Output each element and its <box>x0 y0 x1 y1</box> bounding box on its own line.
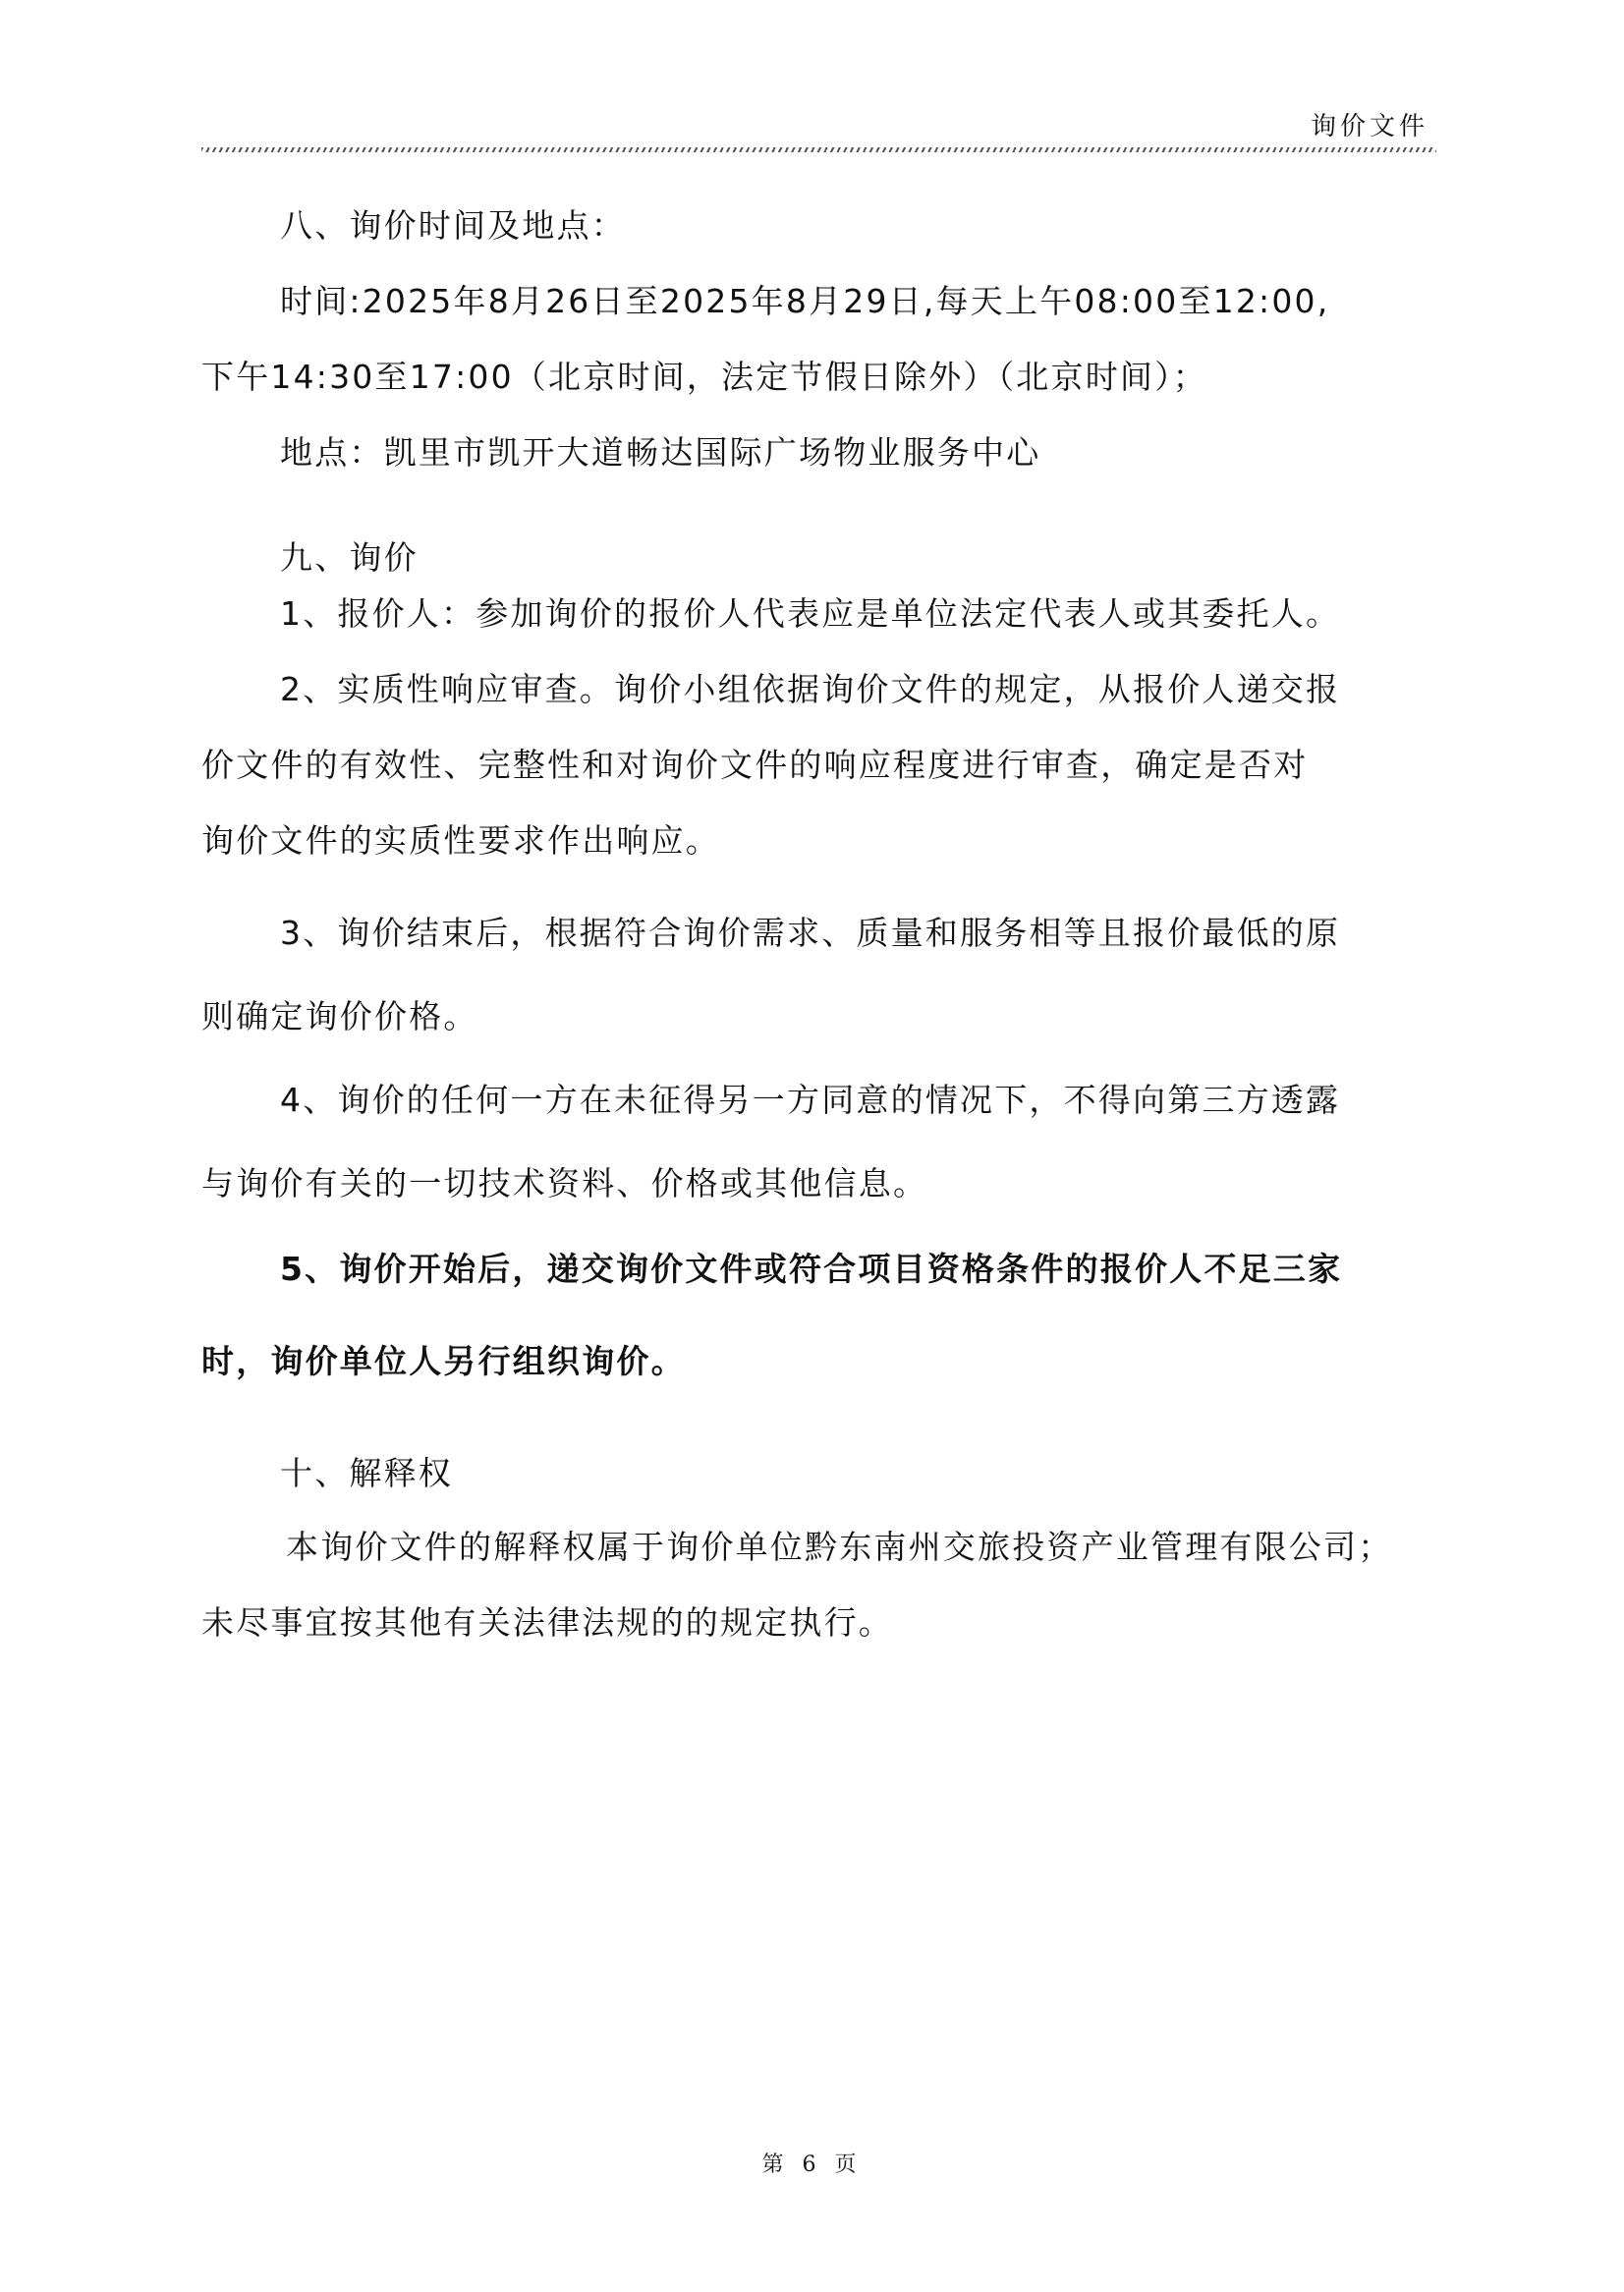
header-divider <box>201 147 1436 152</box>
section-8-heading: 八、询价时间及地点： <box>280 196 1518 255</box>
section-9-item-5-line-1: 5、询价开始后，递交询价文件或符合项目资格条件的报价人不足三家 <box>280 1240 1518 1299</box>
section-8-location: 地点：凯里市凯开大道畅达国际广场物业服务中心 <box>280 423 1518 482</box>
page-number: 第 6 页 <box>0 2148 1624 2178</box>
section-9-item-1: 1、报价人：参加询价的报价人代表应是单位法定代表人或其委托人。 <box>280 585 1518 643</box>
section-9-item-2-line-1: 2、实质性响应审查。询价小组依据询价文件的规定，从报价人递交报 <box>280 660 1518 719</box>
section-8-time-line-1: 时间:2025年8月26日至2025年8月29日,每天上午08:00至12:00… <box>280 272 1518 331</box>
section-8-time-line-2: 下午14:30至17:00（北京时间，法定节假日除外）（北京时间）； <box>201 348 1439 407</box>
section-9-item-5-line-2: 时，询价单位人另行组织询价。 <box>201 1332 1439 1391</box>
page-header-title: 询价文件 <box>1311 106 1428 142</box>
section-9-item-2-line-3: 询价文件的实质性要求作出响应。 <box>201 811 1439 870</box>
section-9-heading: 九、询价 <box>280 529 1518 587</box>
section-10-line-2: 未尽事宜按其他有关法律法规的的规定执行。 <box>201 1593 1439 1652</box>
section-9-item-3-line-1: 3、询价结束后，根据符合询价需求、质量和服务相等且报价最低的原 <box>280 904 1518 963</box>
section-9-item-4-line-1: 4、询价的任何一方在未征得另一方同意的情况下，不得向第三方透露 <box>280 1071 1518 1130</box>
section-9-item-4-line-2: 与询价有关的一切技术资料、价格或其他信息。 <box>201 1154 1439 1213</box>
section-9-item-2-line-2: 价文件的有效性、完整性和对询价文件的响应程度进行审查，确定是否对 <box>201 736 1439 795</box>
section-9-item-3-line-2: 则确定询价价格。 <box>201 987 1439 1046</box>
section-10-heading: 十、解释权 <box>280 1444 1518 1503</box>
section-10-line-1: 本询价文件的解释权属于询价单位黔东南州交旅投资产业管理有限公司； <box>286 1518 1524 1577</box>
